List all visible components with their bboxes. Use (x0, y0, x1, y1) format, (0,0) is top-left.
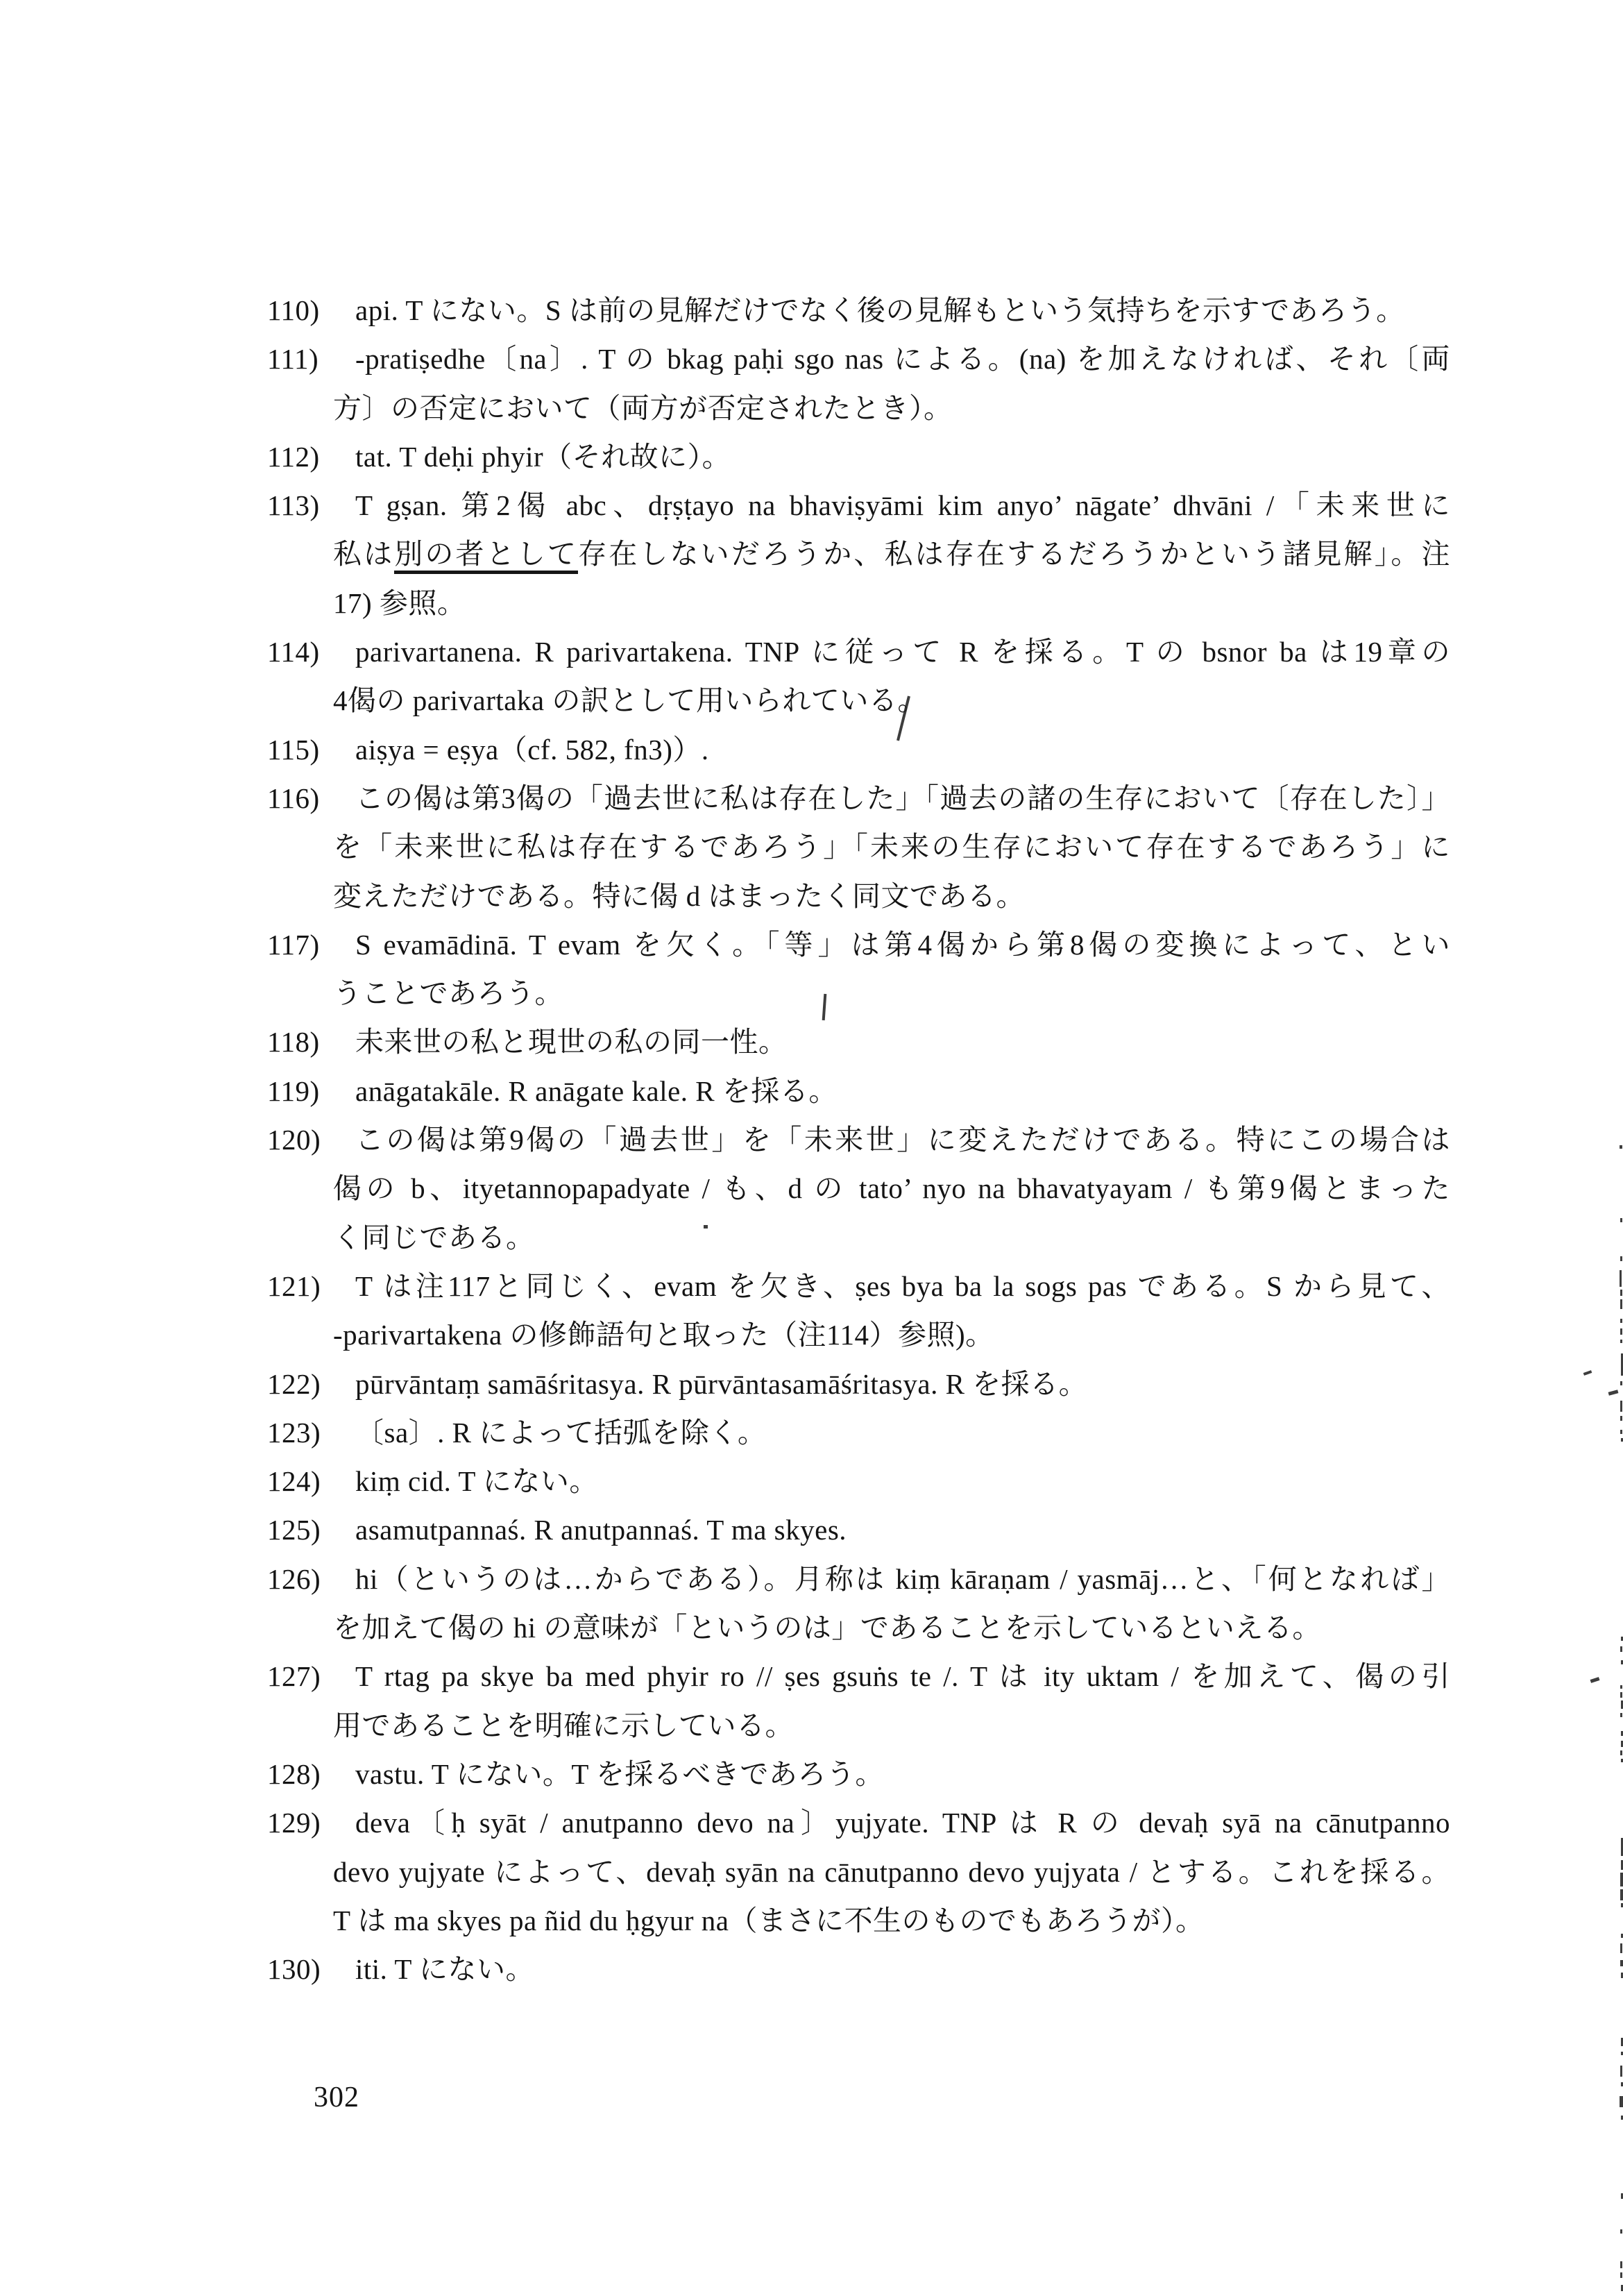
page-number: 302 (314, 2081, 359, 2114)
note-number: 126) (267, 1555, 321, 1603)
note-text: 17) 参照。 (333, 587, 466, 619)
note-text: を加えて偈の hi の意味が「というのは」であることを示しているといえる。 (333, 1612, 1321, 1644)
note-text: tat. T deḥi phyir（それ故に）。 (355, 441, 731, 473)
scan-artifact (1608, 1390, 1619, 1395)
note-127: 127)T rtag pa skye ba med phyir ro // ṣe… (267, 1652, 1450, 1750)
note-125: 125)asamutpannaś. R anutpannaś. T ma sky… (267, 1505, 1450, 1554)
scan-artifact (1620, 2229, 1622, 2234)
note-number: 112) (267, 432, 320, 481)
note-number: 116) (267, 774, 320, 822)
note-112: 112)tat. T deḥi phyir（それ故に）。 (267, 432, 1450, 481)
note-text: 未来世の私と現世の私の同一性。 (355, 1026, 788, 1058)
note-text: iti. T にない。 (355, 1953, 534, 1985)
scan-artifact (1620, 1145, 1622, 1149)
note-line: く同じである。 (267, 1213, 1450, 1262)
note-line: 偈の b、ityetannopapadyate / も、d の tato’ ny… (267, 1164, 1450, 1213)
note-text: T は ma skyes pa ñid du ḥgyur na（まさに不生のもの… (333, 1905, 1204, 1936)
note-text: 4偈の parivartaka の訳として用いられている。 (333, 684, 926, 716)
note-line: 124)kiṃ cid. T にない。 (267, 1457, 1450, 1505)
note-line: 変えただけである。特に偈 d はまったく同文である。 (267, 872, 1450, 920)
scan-artifact (1620, 1416, 1622, 1421)
note-number: 115) (267, 725, 320, 774)
note-line: 116)この偈は第3偈の「過去世に私は存在した」「過去の諸の生存において〔存在し… (267, 774, 1450, 822)
note-number: 122) (267, 1360, 321, 1408)
note-number: 128) (267, 1750, 321, 1798)
note-line: 17) 参照。 (267, 579, 1450, 627)
note-115: 115)aiṣya = eṣya（cf. 582, fn3)）. (267, 725, 1450, 774)
note-text: 偈の b、ityetannopapadyate / も、d の tato’ ny… (333, 1172, 1450, 1204)
note-text: 用であることを明確に示している。 (333, 1710, 794, 1741)
note-line: 126)hi（というのは…からである）。月称は kiṃ kāraṇam / ya… (267, 1555, 1450, 1603)
note-121: 121)T は注117と同じく、evam を欠き、ṣes bya ba la s… (267, 1262, 1450, 1360)
note-line: 128)vastu. T にない。T を採るべきであろう。 (267, 1750, 1450, 1798)
note-text: この偈は第9偈の「過去世」を「未来世」に変えただけである。特にこの場合は (355, 1124, 1450, 1156)
note-number: 111) (267, 335, 318, 383)
note-line: 112)tat. T deḥi phyir（それ故に）。 (267, 432, 1450, 481)
note-text: T は注117と同じく、evam を欠き、ṣes bya ba la sogs … (355, 1270, 1450, 1302)
note-130: 130)iti. T にない。 (267, 1945, 1450, 1993)
note-117: 117)S evamādinā. T evam を欠く。「等」は第4偈から第8偈… (267, 920, 1450, 1018)
scan-artifact (1620, 1340, 1622, 1343)
note-text: T gṣan. 第2偈 abc、dṛṣṭayo na bhaviṣyāmi ki… (355, 489, 1450, 521)
note-number: 110) (267, 286, 320, 335)
note-116: 116)この偈は第3偈の「過去世に私は存在した」「過去の諸の生存において〔存在し… (267, 774, 1450, 920)
note-number: 124) (267, 1457, 321, 1505)
note-129: 129)deva〔ḥ syāt / anutpanno devo na〕yujy… (267, 1798, 1450, 1945)
note-text: を「未来世に私は存在するであろう」「未来の生存において存在するであろう」に (333, 831, 1450, 863)
scan-artifact (1620, 1218, 1622, 1222)
note-line: -parivartakena の修飾語句と取った（注114）参照)。 (267, 1310, 1450, 1359)
scan-artifact (1620, 1381, 1622, 1385)
scan-artifact (704, 1225, 708, 1229)
note-number: 120) (267, 1115, 321, 1164)
note-text: -pratiṣedhe〔na〕. T の bkag paḥi sgo nas に… (355, 343, 1450, 375)
note-line: 114)parivartanena. R parivartakena. TNP … (267, 627, 1450, 676)
note-line: 123)〔sa〕. R によって括弧を除く。 (267, 1408, 1450, 1457)
scanned-book-page: 110)api. T にない。S は前の見解だけでなく後の見解もという気持ちを示… (0, 0, 1623, 2296)
note-line: 115)aiṣya = eṣya（cf. 582, fn3)）. (267, 725, 1450, 774)
note-text: 方〕の否定において（両方が否定されたとき）。 (333, 392, 953, 424)
note-text: うことであろう。 (333, 977, 563, 1009)
scan-artifact (1620, 1328, 1622, 1335)
note-line: を「未来世に私は存在するであろう」「未来の生存において存在するであろう」に (267, 822, 1450, 871)
note-number: 127) (267, 1652, 321, 1700)
note-110: 110)api. T にない。S は前の見解だけでなく後の見解もという気持ちを示… (267, 286, 1450, 335)
note-111: 111)-pratiṣedhe〔na〕. T の bkag paḥi sgo n… (267, 335, 1450, 432)
note-line: 113)T gṣan. 第2偈 abc、dṛṣṭayo na bhaviṣyām… (267, 481, 1450, 530)
scan-artifact (1620, 1960, 1623, 1966)
note-text: aiṣya = eṣya（cf. 582, fn3)）. (355, 734, 709, 766)
note-number: 118) (267, 1018, 320, 1066)
note-text: deva〔ḥ syāt / anutpanno devo na〕yujyate.… (355, 1807, 1450, 1839)
underlined-text: 別の者として (394, 538, 578, 574)
scan-artifact (1620, 1750, 1622, 1755)
note-128: 128)vastu. T にない。T を採るべきであろう。 (267, 1750, 1450, 1798)
note-text: vastu. T にない。T を採るべきであろう。 (355, 1758, 884, 1790)
note-line: 121)T は注117と同じく、evam を欠き、ṣes bya ba la s… (267, 1262, 1450, 1310)
note-line: 130)iti. T にない。 (267, 1945, 1450, 1993)
scan-artifact (1620, 1256, 1622, 1261)
note-line: うことであろう。 (267, 969, 1450, 1018)
scan-artifact (1620, 1646, 1622, 1652)
note-number: 117) (267, 920, 320, 969)
note-text: 変えただけである。特に偈 d はまったく同文である。 (333, 880, 1025, 912)
note-line: 私は別の者として存在しないだろうか、私は存在するだろうかという諸見解」。注 (267, 530, 1450, 578)
scan-artifact (1620, 1299, 1622, 1309)
scan-artifact (1620, 1943, 1622, 1953)
note-line: 111)-pratiṣedhe〔na〕. T の bkag paḥi sgo n… (267, 335, 1450, 383)
scan-artifact (1620, 1401, 1622, 1412)
note-113: 113)T gṣan. 第2偈 abc、dṛṣṭayo na bhaviṣyām… (267, 481, 1450, 627)
scan-artifact (1620, 1270, 1622, 1287)
note-text: 〔sa〕. R によって括弧を除く。 (355, 1417, 766, 1449)
note-text: 存在しないだろうか、私は存在するだろうかという諸見解」。注 (578, 538, 1450, 570)
scan-artifact (1620, 2272, 1622, 2278)
scan-artifact (1590, 1677, 1600, 1683)
scan-artifact (1583, 1370, 1592, 1376)
note-line: 122)pūrvāntaṃ samāśritasya. R pūrvāntasa… (267, 1360, 1450, 1408)
note-line: 119)anāgatakāle. R anāgate kale. R を採る。 (267, 1067, 1450, 1115)
note-number: 121) (267, 1262, 321, 1310)
note-line: 用であることを明確に示している。 (267, 1701, 1450, 1750)
scan-artifact (1620, 2261, 1622, 2268)
note-119: 119)anāgatakāle. R anāgate kale. R を採る。 (267, 1067, 1450, 1115)
note-text: -parivartakena の修飾語句と取った（注114）参照)。 (333, 1319, 994, 1351)
note-number: 130) (267, 1945, 321, 1993)
note-126: 126)hi（というのは…からである）。月称は kiṃ kāraṇam / ya… (267, 1555, 1450, 1653)
note-number: 129) (267, 1798, 321, 1847)
scan-artifact (1620, 1889, 1623, 1900)
scan-artifact (1620, 1290, 1622, 1296)
note-text: parivartanena. R parivartakena. TNP に従って… (355, 636, 1450, 668)
note-line: 125)asamutpannaś. R anutpannaś. T ma sky… (267, 1505, 1450, 1554)
note-120: 120)この偈は第9偈の「過去世」を「未来世」に変えただけである。特にこの場合は… (267, 1115, 1450, 1262)
note-number: 114) (267, 627, 320, 676)
note-line: devo yujyate によって、devaḥ syān na cānutpan… (267, 1848, 1450, 1896)
note-114: 114)parivartanena. R parivartakena. TNP … (267, 627, 1450, 725)
note-122: 122)pūrvāntaṃ samāśritasya. R pūrvāntasa… (267, 1360, 1450, 1408)
note-text: kiṃ cid. T にない。 (355, 1465, 598, 1497)
note-text: S evamādinā. T evam を欠く。「等」は第4偈から第8偈の変換に… (355, 929, 1450, 961)
note-text: く同じである。 (333, 1222, 535, 1253)
note-text: anāgatakāle. R anāgate kale. R を採る。 (355, 1075, 838, 1107)
note-118: 118)未来世の私と現世の私の同一性。 (267, 1018, 1450, 1066)
notes-list: 110)api. T にない。S は前の見解だけでなく後の見解もという気持ちを示… (267, 286, 1450, 1993)
note-line: 127)T rtag pa skye ba med phyir ro // ṣe… (267, 1652, 1450, 1700)
scan-artifact (1620, 1685, 1622, 1689)
note-text: devo yujyate によって、devaḥ syān na cānutpan… (333, 1856, 1450, 1888)
note-line: を加えて偈の hi の意味が「というのは」であることを示しているといえる。 (267, 1603, 1450, 1652)
note-line: 方〕の否定において（両方が否定されたとき）。 (267, 384, 1450, 432)
scan-artifact (1620, 1319, 1622, 1323)
note-number: 113) (267, 481, 320, 530)
scan-artifact (1620, 1713, 1622, 1717)
note-text: この偈は第3偈の「過去世に私は存在した」「過去の諸の生存において〔存在した〕」 (355, 782, 1450, 814)
note-text: T rtag pa skye ba med phyir ro // ṣes gs… (355, 1660, 1450, 1692)
note-line: 129)deva〔ḥ syāt / anutpanno devo na〕yujy… (267, 1798, 1450, 1847)
note-text: api. T にない。S は前の見解だけでなく後の見解もという気持ちを示すであろ… (355, 294, 1405, 326)
scan-artifact (1620, 2096, 1623, 2107)
scan-artifact (1620, 1692, 1622, 1698)
note-line: 117)S evamādinā. T evam を欠く。「等」は第4偈から第8偈… (267, 920, 1450, 969)
note-number: 119) (267, 1067, 320, 1115)
note-line: T は ma skyes pa ñid du ḥgyur na（まさに不生のもの… (267, 1896, 1450, 1945)
note-line: 110)api. T にない。S は前の見解だけでなく後の見解もという気持ちを示… (267, 286, 1450, 335)
note-124: 124)kiṃ cid. T にない。 (267, 1457, 1450, 1505)
note-text: pūrvāntaṃ samāśritasya. R pūrvāntasamāśr… (355, 1368, 1087, 1400)
note-123: 123)〔sa〕. R によって括弧を除く。 (267, 1408, 1450, 1457)
scan-artifact (1620, 2066, 1622, 2077)
note-number: 123) (267, 1408, 321, 1457)
note-line: 4偈の parivartaka の訳として用いられている。 (267, 676, 1450, 725)
scan-artifact (1620, 1430, 1622, 1434)
note-text: hi（というのは…からである）。月称は kiṃ kāraṇam / yasmāj… (355, 1563, 1450, 1595)
note-text: 私は (333, 538, 394, 570)
note-line: 120)この偈は第9偈の「過去世」を「未来世」に変えただけである。特にこの場合は (267, 1115, 1450, 1164)
note-line: 118)未来世の私と現世の私の同一性。 (267, 1018, 1450, 1066)
note-text: asamutpannaś. R anutpannaś. T ma skyes. (355, 1514, 847, 1546)
note-number: 125) (267, 1505, 321, 1554)
scan-artifact (1620, 1873, 1623, 1886)
